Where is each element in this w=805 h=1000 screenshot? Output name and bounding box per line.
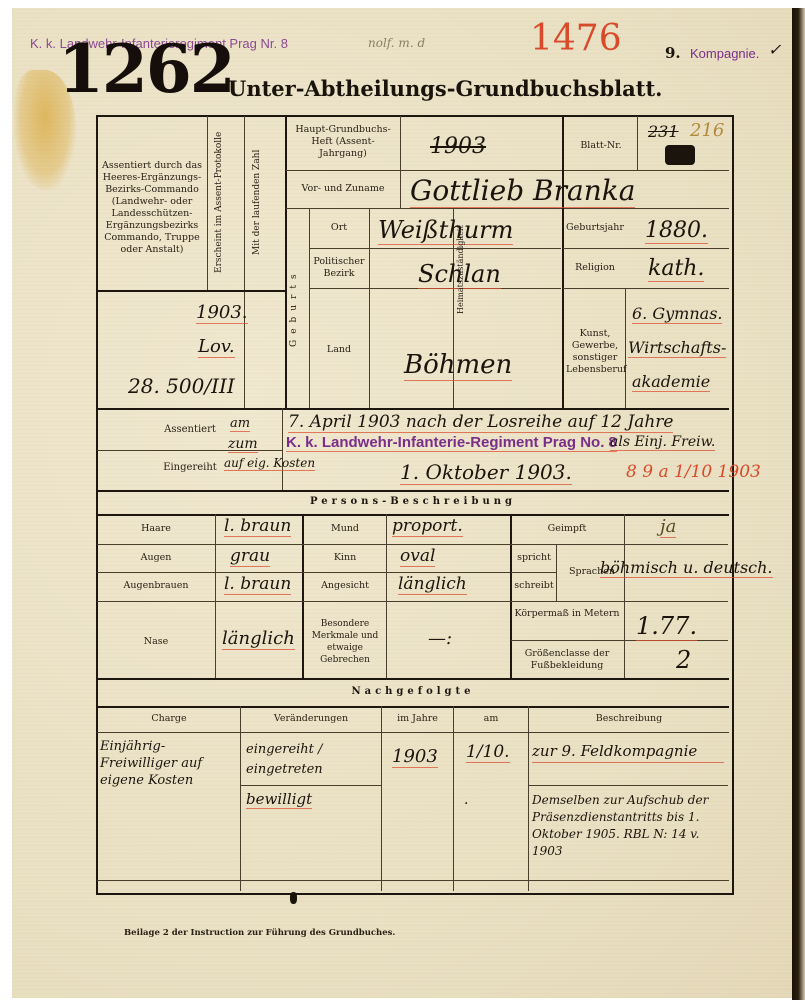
land-value: Böhmen [404, 350, 512, 381]
blatt-value: 216 [690, 120, 724, 141]
company-number: 9. [665, 44, 681, 62]
divider [97, 572, 510, 573]
regiment-stamp: K. k. Landwehr-Infanterie-Regiment Prag … [286, 434, 617, 452]
religion-value: kath. [648, 256, 704, 282]
spricht-label: spricht [512, 552, 556, 564]
hauptgrundbuch-value: 1903 [430, 134, 486, 159]
divider [97, 601, 728, 602]
divider [637, 116, 638, 170]
divider [241, 785, 381, 786]
ort-value: Weißthurm [378, 216, 513, 245]
geimpft-value: ja [660, 516, 676, 538]
divider [215, 514, 216, 678]
ink-spot [290, 892, 297, 904]
heimat-label: Heimatszuständigkeit [456, 215, 470, 325]
blatt-label: Blatt-Nr. [566, 140, 636, 152]
divider [240, 706, 241, 891]
mund-label: Mund [305, 523, 385, 535]
geburtsjahr-label: Geburtsjahr [566, 222, 624, 234]
divider [97, 706, 729, 708]
merkmale-label: Besondere Merkmale und etwaige Gebrechen [304, 618, 386, 666]
bezirk-label: Politischer Bezirk [311, 256, 367, 280]
eingereiht-value: 1. Oktober 1903. [400, 460, 572, 485]
divider [207, 116, 208, 291]
fuss-label: Größenclasse der Fußbekleidung [512, 648, 622, 672]
row1-jahr: 1903 [392, 746, 438, 768]
col-beschreibung: Beschreibung [529, 713, 729, 725]
divider [282, 408, 283, 490]
page-edge-shadow [792, 8, 805, 1000]
divider [97, 408, 729, 410]
schreibt-label: schreibt [512, 580, 556, 592]
divider [97, 678, 729, 680]
sprachen-value: böhmisch u. deutsch. [600, 558, 773, 578]
assentiert-label: Assentiert [150, 424, 230, 436]
religion-label: Religion [566, 262, 624, 274]
check-mark: ✓ [768, 40, 781, 59]
beruf-value-1: 6. Gymnas. [632, 304, 722, 324]
red-record-number: 1476 [530, 18, 622, 59]
merkmale-value: —: [428, 628, 452, 649]
col-jahr: im Jahre [382, 713, 453, 725]
row2-beschreibung: Demselben zur Aufschub der Präsenzdienst… [532, 792, 724, 860]
beruf-label: Kunst, Gewerbe, sonstiger Lebensberuf [566, 328, 624, 376]
assentiert-value: 7. April 1903 nach der Losreihe auf 12 J… [288, 412, 673, 433]
kinn-label: Kinn [305, 552, 385, 564]
blatt-value-struck: 231 [648, 122, 679, 141]
kinn-value: oval [400, 546, 435, 567]
nase-label: Nase [100, 636, 212, 648]
name-value: Gottlieb Branka [410, 174, 635, 208]
footer-note: Beilage 2 der Instruction zur Führung de… [124, 928, 395, 938]
row2-veraenderungen: bewilligt [246, 790, 312, 809]
divider [286, 208, 729, 209]
pencil-note: nolf. m. d [368, 36, 425, 50]
divider [624, 514, 625, 678]
divider [97, 544, 728, 545]
haare-value: l. braun [224, 516, 291, 537]
ort-label: Ort [311, 222, 367, 234]
eingereiht-prefix: auf eig. Kosten [224, 456, 315, 471]
col-am: am [454, 713, 528, 725]
fuss-value: 2 [676, 646, 691, 674]
divider [285, 116, 287, 408]
beruf-value-2: Wirtschafts- [628, 338, 726, 358]
geimpft-label: Geimpft [512, 523, 622, 535]
name-label: Vor- und Zuname [288, 183, 398, 195]
divider [563, 248, 729, 249]
record-number: 1262 [58, 30, 234, 108]
eingereiht-label: Eingereiht [150, 462, 230, 474]
divider [309, 208, 310, 408]
divider [97, 290, 286, 292]
augenbrauen-value: l. braun [224, 574, 291, 595]
nachgefolgte-section-title: Nachgefolgte [97, 686, 729, 697]
divider [97, 880, 729, 881]
geburtsjahr-value: 1880. [645, 218, 708, 244]
koerpermass-value: 1.77. [636, 612, 697, 641]
row1-charge: Einjährig-Freiwilliger auf eigene Kosten [100, 738, 236, 789]
divider [369, 208, 370, 408]
protocol-label: Erscheint im Assent-Protokolle [214, 120, 236, 285]
divider [381, 706, 382, 891]
assentiert-durch-label: Assentiert durch das Heeres-Ergänzungs-B… [100, 160, 204, 256]
row1-veraenderungen: eingereiht / eingetreten [246, 740, 378, 780]
document-title: Unter-Abtheilungs-Grundbuchsblatt. [228, 76, 662, 101]
nase-value: länglich [222, 628, 295, 650]
divider [386, 514, 387, 678]
koerpermass-label: Körpermaß in Metern [512, 608, 622, 620]
row2-am: · [464, 796, 468, 812]
assentiert-prefix: am [230, 416, 250, 432]
land-label: Land [311, 344, 367, 356]
zum-label: zum [228, 436, 258, 453]
divider [400, 116, 401, 208]
divider [563, 288, 729, 289]
running-number-label: Mit der laufenden Zahl [252, 120, 274, 285]
regiment-suffix: als Einj. Freiw. [610, 434, 715, 451]
col-veraenderungen: Veränderungen [241, 713, 381, 725]
augen-value: grau [230, 546, 270, 567]
divider [556, 545, 557, 601]
divider [528, 706, 529, 891]
divider [286, 170, 729, 171]
persons-section-title: Persons-Beschreibung [97, 496, 729, 507]
angesicht-label: Angesicht [305, 580, 385, 592]
protocol-place: Lov. [198, 336, 235, 358]
protocol-year: 1903. [196, 302, 248, 324]
augenbrauen-label: Augenbrauen [100, 580, 212, 592]
row1-beschreibung: zur 9. Feldkompagnie [532, 740, 724, 763]
divider [625, 288, 626, 408]
geburts-label: Geburts [289, 215, 307, 400]
col-charge: Charge [98, 713, 240, 725]
divider [97, 732, 729, 733]
ink-blot [665, 145, 695, 165]
divider [562, 116, 564, 408]
company-stamp: Kompagnie. [690, 46, 759, 61]
divider [528, 785, 728, 786]
beruf-value-3: akademie [632, 372, 710, 392]
augen-label: Augen [100, 552, 212, 564]
red-note: 8 9 a 1/10 1903 [626, 462, 761, 482]
hauptgrundbuch-label: Haupt-Grundbuchs-Heft (Assent-Jahrgang) [288, 124, 398, 160]
divider [97, 490, 729, 492]
haare-label: Haare [100, 523, 212, 535]
divider [309, 248, 561, 249]
mund-value: proport. [392, 516, 463, 537]
divider [453, 706, 454, 891]
angesicht-value: länglich [398, 574, 467, 595]
divider [244, 116, 245, 408]
divider [511, 572, 557, 573]
row1-am: 1/10. [466, 742, 510, 763]
running-number: 28. 500/III [128, 374, 235, 398]
